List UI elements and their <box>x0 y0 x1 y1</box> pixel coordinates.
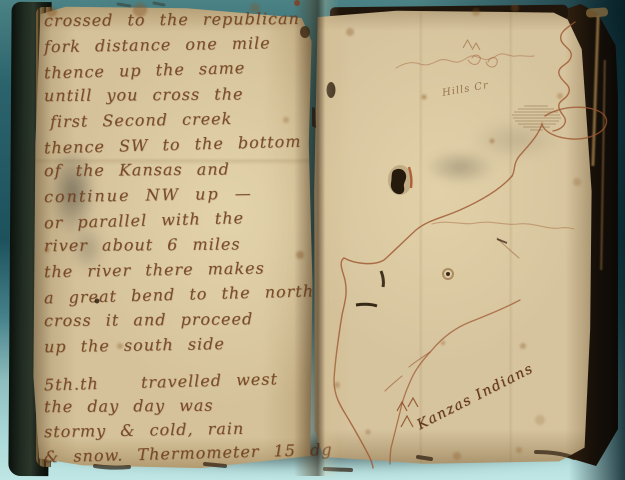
page-edge-highlight <box>586 7 609 18</box>
pencil-smudge <box>470 120 560 160</box>
right-page <box>312 8 593 466</box>
handwritten-line: river about 6 miles <box>44 234 306 261</box>
handwritten-line: up the south side <box>44 333 306 363</box>
handwritten-line: the day day was <box>44 395 306 421</box>
gutter-tear <box>312 107 316 128</box>
red-speck <box>294 0 300 6</box>
handwritten-line: cross it and proceed <box>44 309 306 336</box>
photo-of-open-journal: crossed to the republican fork distance … <box>0 0 625 480</box>
diary-entry-text: crossed to the republican fork distance … <box>44 10 306 468</box>
handwritten-line: of the Kansas and <box>44 159 306 186</box>
handwritten-line: crossed to the republican <box>44 9 306 36</box>
handwritten-line: untill you cross the <box>44 84 306 111</box>
